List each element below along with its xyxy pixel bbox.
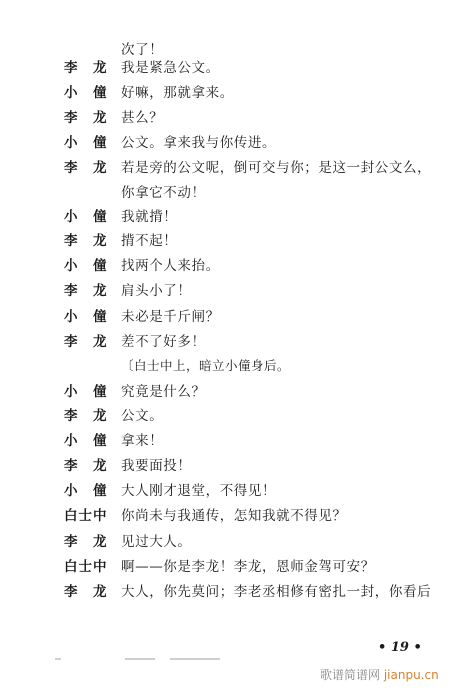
dialogue-text: 见过大人。 — [121, 531, 192, 553]
speaker-name: 白士中 — [64, 505, 124, 527]
dialogue-line: 小僮大人刚才退堂，不得见！ — [0, 480, 472, 502]
dialogue-text: 究竟是什么？ — [121, 381, 206, 403]
dialogue-line: 李龙公文。 — [0, 405, 472, 427]
dialogue-line: 小僮拿来！ — [0, 430, 472, 452]
dialogue-line: 李龙若是旁的公文呢，倒可交与你；是这一封公文么， — [0, 157, 472, 179]
watermark: 歌谱简谱网 jianpu.cn — [320, 666, 439, 683]
dialogue-text: 找两个人来抬。 — [121, 255, 220, 277]
dialogue-line: 你拿它不动！ — [0, 182, 472, 204]
dialogue-text: 肩头小了！ — [121, 280, 192, 302]
dialogue-text: 我就揹！ — [121, 206, 177, 228]
dialogue-line: 小僮找两个人来抬。 — [0, 255, 472, 277]
dialogue-text: 啊——你是李龙！李龙，恩师金驾可安？ — [121, 556, 375, 578]
dialogue-line: 小僮公文。拿来我与你传进。 — [0, 132, 472, 154]
dialogue-text: 你拿它不动！ — [121, 182, 206, 204]
dialogue-line: 白士中你尚未与我通传，怎知我就不得见？ — [0, 505, 472, 527]
dialogue-line: 小僮究竟是什么？ — [0, 381, 472, 403]
speaker-name: 白士中 — [64, 556, 124, 578]
dialogue-text: 好嘛，那就拿来。 — [121, 82, 234, 104]
dialogue-line: 李龙我要面投！ — [0, 455, 472, 477]
dialogue-line: 小僮我就揹！ — [0, 206, 472, 228]
stage-direction: 〔白士中上，暗立小僮身后。 — [121, 355, 290, 377]
stage-direction-line: 〔白士中上，暗立小僮身后。 — [0, 355, 472, 377]
dialogue-line: 李龙我是紧急公文。 — [0, 57, 472, 79]
dialogue-line: 李龙甚么？ — [0, 107, 472, 129]
dialogue-line: 小僮好嘛，那就拿来。 — [0, 82, 472, 104]
dialogue-line: 李龙大人，你先莫问；李老丞相修有密扎一封，你看后 — [0, 581, 472, 603]
dialogue-line: 小僮未必是千斤闸？ — [0, 306, 472, 328]
dialogue-text: 你尚未与我通传，怎知我就不得见？ — [121, 505, 347, 527]
dialogue-text: 未必是千斤闸？ — [121, 306, 220, 328]
scan-noise — [170, 658, 220, 660]
dialogue-text: 若是旁的公文呢，倒可交与你；是这一封公文么， — [121, 157, 431, 179]
watermark-en: jianpu.cn — [384, 668, 439, 682]
scan-noise — [55, 658, 61, 660]
dialogue-text: 揹不起！ — [121, 230, 177, 252]
dialogue-text: 公文。 — [121, 405, 163, 427]
dialogue-text: 公文。拿来我与你传进。 — [121, 132, 276, 154]
document-page: 次了！李龙我是紧急公文。小僮好嘛，那就拿来。李龙甚么？小僮公文。拿来我与你传进。… — [0, 0, 472, 690]
dialogue-text: 拿来！ — [121, 430, 163, 452]
dialogue-line: 李龙揹不起！ — [0, 230, 472, 252]
watermark-cn: 歌谱简谱网 — [320, 668, 380, 682]
dialogue-text: 我要面投！ — [121, 455, 192, 477]
dialogue-line: 白士中啊——你是李龙！李龙，恩师金驾可安？ — [0, 556, 472, 578]
dialogue-text: 我是紧急公文。 — [121, 57, 220, 79]
scan-noise — [125, 658, 155, 660]
dialogue-line: 李龙差不了好多！ — [0, 331, 472, 353]
dialogue-text: 甚么？ — [121, 107, 163, 129]
dialogue-text: 大人刚才退堂，不得见！ — [121, 480, 276, 502]
dialogue-text: 差不了好多！ — [121, 331, 206, 353]
page-number: • 19 • — [378, 640, 422, 655]
dialogue-line: 李龙见过大人。 — [0, 531, 472, 553]
dialogue-text: 大人，你先莫问；李老丞相修有密扎一封，你看后 — [121, 581, 431, 603]
dialogue-line: 李龙肩头小了！ — [0, 280, 472, 302]
